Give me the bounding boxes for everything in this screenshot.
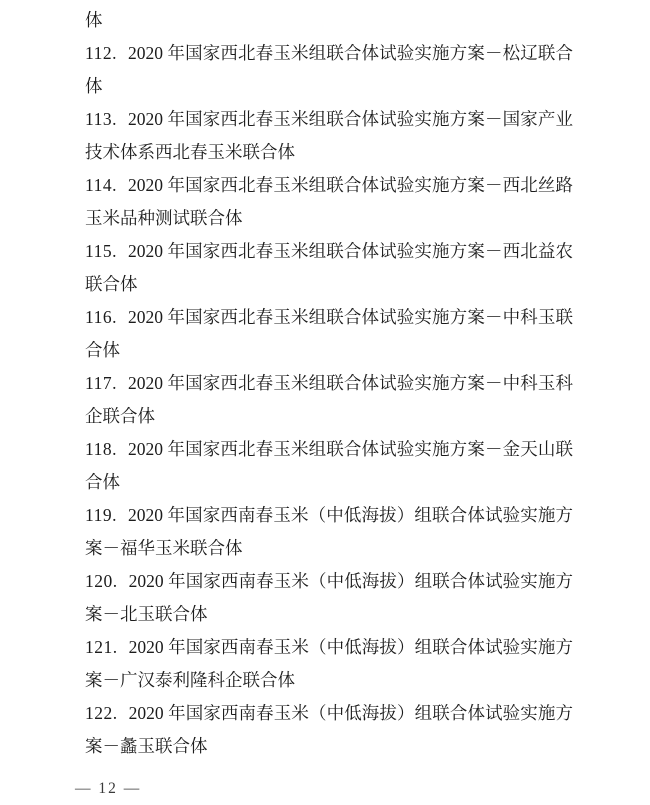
item-text: 2020 年国家西北春玉米组联合体试验实施方案－国家产业技术体系西北春玉米联合体: [85, 109, 573, 162]
list-item: 120.2020 年国家西南春玉米（中低海拔）组联合体试验实施方案－北玉联合体: [85, 565, 573, 631]
item-number: 120.: [85, 565, 118, 598]
list-item: 122.2020 年国家西南春玉米（中低海拔）组联合体试验实施方案－蠡玉联合体: [85, 697, 573, 763]
list-item: 112.2020 年国家西北春玉米组联合体试验实施方案－松辽联合体: [85, 37, 573, 103]
list-item: 117.2020 年国家西北春玉米组联合体试验实施方案－中科玉科企联合体: [85, 367, 573, 433]
item-number: 122.: [85, 697, 118, 730]
item-number: 119.: [85, 499, 117, 532]
document-page: 体 112.2020 年国家西北春玉米组联合体试验实施方案－松辽联合体113.2…: [0, 0, 650, 805]
list-item: 116.2020 年国家西北春玉米组联合体试验实施方案－中科玉联合体: [85, 301, 573, 367]
item-text: 2020 年国家西北春玉米组联合体试验实施方案－中科玉科企联合体: [85, 373, 573, 426]
item-number: 115.: [85, 235, 117, 268]
item-text: 2020 年国家西南春玉米（中低海拔）组联合体试验实施方案－广汉泰利隆科企联合体: [85, 637, 573, 690]
item-text: 2020 年国家西北春玉米组联合体试验实施方案－松辽联合体: [85, 43, 573, 96]
list-item: 115.2020 年国家西北春玉米组联合体试验实施方案－西北益农联合体: [85, 235, 573, 301]
list-item: 118.2020 年国家西北春玉米组联合体试验实施方案－金天山联合体: [85, 433, 573, 499]
list-item: 113.2020 年国家西北春玉米组联合体试验实施方案－国家产业技术体系西北春玉…: [85, 103, 573, 169]
item-text: 2020 年国家西北春玉米组联合体试验实施方案－西北丝路玉米品种测试联合体: [85, 175, 573, 228]
page-number: — 12 —: [75, 780, 141, 798]
item-text: 2020 年国家西南春玉米（中低海拔）组联合体试验实施方案－北玉联合体: [85, 571, 573, 624]
item-number: 118.: [85, 433, 117, 466]
document-body: 体 112.2020 年国家西北春玉米组联合体试验实施方案－松辽联合体113.2…: [85, 4, 573, 763]
item-number: 114.: [85, 169, 117, 202]
continuation-line: 体: [85, 4, 573, 37]
item-number: 112.: [85, 37, 117, 70]
item-number: 117.: [85, 367, 117, 400]
item-text: 2020 年国家西南春玉米（中低海拔）组联合体试验实施方案－蠡玉联合体: [85, 703, 573, 756]
list-item: 121.2020 年国家西南春玉米（中低海拔）组联合体试验实施方案－广汉泰利隆科…: [85, 631, 573, 697]
item-text: 2020 年国家西北春玉米组联合体试验实施方案－金天山联合体: [85, 439, 573, 492]
item-number: 116.: [85, 301, 117, 334]
item-number: 113.: [85, 103, 117, 136]
list-item: 119.2020 年国家西南春玉米（中低海拔）组联合体试验实施方案－福华玉米联合…: [85, 499, 573, 565]
item-number: 121.: [85, 631, 118, 664]
numbered-list: 112.2020 年国家西北春玉米组联合体试验实施方案－松辽联合体113.202…: [85, 37, 573, 763]
item-text: 2020 年国家西北春玉米组联合体试验实施方案－西北益农联合体: [85, 241, 573, 294]
list-item: 114.2020 年国家西北春玉米组联合体试验实施方案－西北丝路玉米品种测试联合…: [85, 169, 573, 235]
item-text: 2020 年国家西南春玉米（中低海拔）组联合体试验实施方案－福华玉米联合体: [85, 505, 573, 558]
item-text: 2020 年国家西北春玉米组联合体试验实施方案－中科玉联合体: [85, 307, 573, 360]
